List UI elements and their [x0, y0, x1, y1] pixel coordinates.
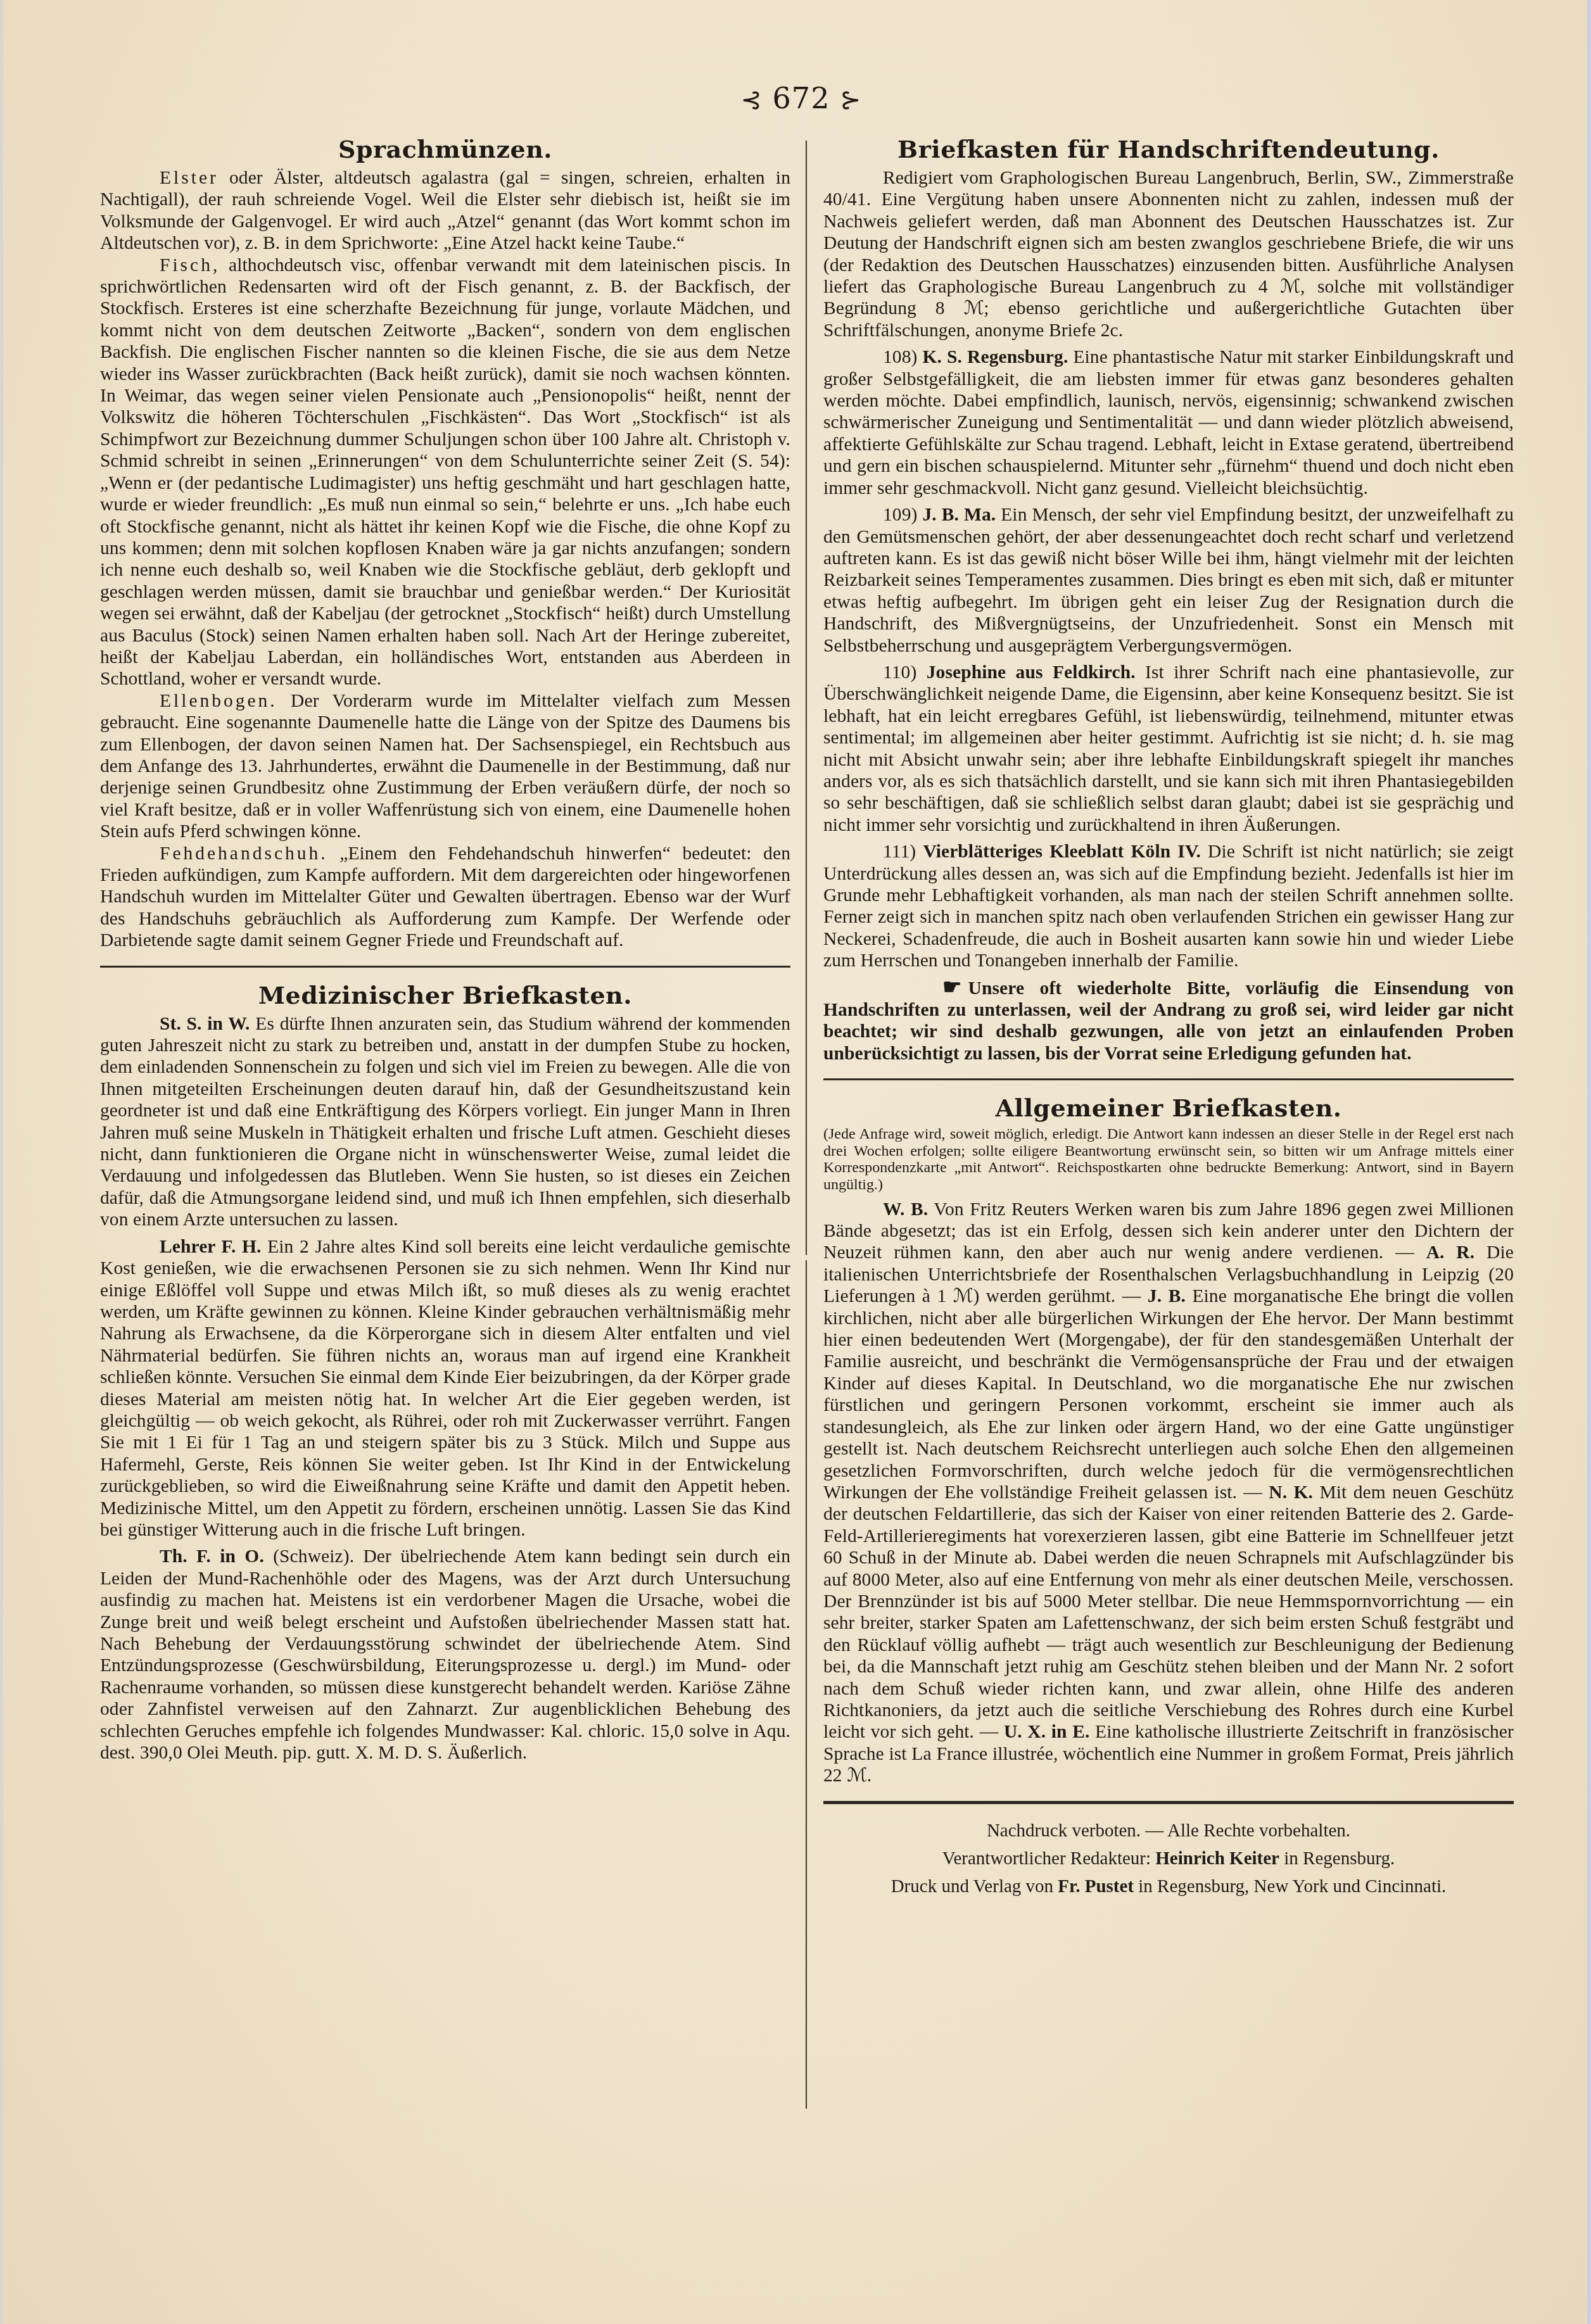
paragraph-fehdehandschuh: Fehdehandschuh. „Einem den Fehdehandschu…	[100, 843, 790, 952]
section-handschriftendeutung: Briefkasten für Handschriftendeutung. Re…	[823, 134, 1514, 1064]
editorial-notice: ☛Unsere oft wiederholte Bitte, vorläufig…	[823, 977, 1514, 1065]
entry-number: 108)	[883, 347, 917, 367]
entry-text: Ein 2 Jahre altes Kind soll bereits eine…	[100, 1237, 790, 1540]
column-divider	[806, 141, 807, 1255]
imprint-publisher: Druck und Verlag von Fr. Pustet in Regen…	[823, 1872, 1514, 1900]
scan-edge-right	[1587, 0, 1591, 2324]
paragraph-ellenbogen: Ellenbogen. Der Vorderarm wurde im Mitte…	[100, 690, 790, 843]
section-medizinischer-briefkasten: Medizinischer Briefkasten. St. S. in W. …	[100, 980, 790, 1764]
ornament-left-icon: ⊰	[740, 85, 763, 115]
right-column: Briefkasten für Handschriftendeutung. Re…	[823, 134, 1514, 1900]
analysis-entry: 111) Vierblätteriges Kleeblatt Köln IV. …	[823, 841, 1514, 971]
paragraph-fisch: Fisch, althochdeutsch visc, offenbar ver…	[100, 255, 790, 690]
section-title: Sprachmünzen.	[100, 134, 790, 165]
addressee: J. B.	[1148, 1286, 1186, 1306]
section-title: Medizinischer Briefkasten.	[100, 980, 790, 1011]
lead-word: Ellenbogen.	[160, 691, 277, 711]
page-number-value: 672	[773, 81, 830, 115]
addressee: U. X. in E.	[1004, 1722, 1090, 1742]
imprint-rights: Nachdruck verboten. — Alle Rechte vorbeh…	[823, 1817, 1514, 1845]
editor-prefix: Verantwortlicher Redakteur:	[942, 1848, 1156, 1869]
column-divider-lower	[806, 1260, 807, 2109]
lead-word: Fisch,	[160, 255, 220, 275]
publisher-name: Fr. Pustet	[1058, 1876, 1134, 1897]
section-allgemeiner-briefkasten: Allgemeiner Briefkasten. (Jede Anfrage w…	[823, 1093, 1514, 1786]
paragraph-text: Der Vorderarm wurde im Mittelalter vielf…	[100, 691, 790, 842]
paragraph-elster: Elster oder Älster, altdeutsch agalastra…	[100, 167, 790, 255]
addressee: W. B.	[883, 1199, 928, 1220]
publisher-suffix: in Regensburg, New York und Cincinnati.	[1134, 1876, 1446, 1897]
analysis-entry: 109) J. B. Ma. Ein Mensch, der sehr viel…	[823, 504, 1514, 657]
entry-name: J. B. Ma.	[922, 505, 996, 525]
imprint: Nachdruck verboten. — Alle Rechte vorbeh…	[823, 1817, 1514, 1900]
entry-text: Ist ihrer Schrift nach eine phantasievol…	[823, 662, 1514, 835]
entry-text: Der übelriechende Atem kann bedingt sein…	[100, 1546, 790, 1763]
lead-word: Elster	[160, 168, 219, 188]
entry-text: Ein Mensch, der sehr viel Empfindung bes…	[823, 505, 1514, 655]
entry-number: 110)	[883, 662, 916, 683]
analysis-entry: 108) K. S. Regensburg. Eine phantastisch…	[823, 346, 1514, 499]
letter-entry: St. S. in W. Es dürfte Ihnen anzuraten s…	[100, 1013, 790, 1231]
section-rule	[100, 966, 790, 968]
answer-text: Eine morganatische Ehe bringt die vollen…	[823, 1286, 1514, 1503]
entry-name: K. S. Regensburg.	[923, 347, 1068, 367]
entry-text: Es dürfte Ihnen anzuraten sein, das Stud…	[100, 1014, 790, 1230]
scan-edge-left	[0, 0, 3, 2324]
letter-entry: Th. F. in O. (Schweiz). Der übelriechend…	[100, 1546, 790, 1764]
section-title: Allgemeiner Briefkasten.	[823, 1093, 1514, 1123]
entry-number: 109)	[883, 505, 917, 525]
answer-text: Mit dem neuen Geschütz der deutschen Fel…	[823, 1482, 1514, 1742]
editor-name: Heinrich Keiter	[1155, 1848, 1279, 1869]
publisher-prefix: Druck und Verlag von	[891, 1876, 1058, 1897]
letter-entry: Lehrer F. H. Ein 2 Jahre altes Kind soll…	[100, 1236, 790, 1541]
paragraph-text: althochdeutsch visc, offenbar verwandt m…	[100, 255, 790, 690]
section-note: (Jede Anfrage wird, soweit möglich, erle…	[823, 1126, 1514, 1193]
section-intro: Redigiert vom Graphologischen Bureau Lan…	[823, 167, 1514, 341]
lead-word: Fehdehandschuh.	[160, 843, 328, 864]
section-sprachmuenzen: Sprachmünzen. Elster oder Älster, altdeu…	[100, 134, 790, 952]
entry-number: 111)	[883, 842, 916, 862]
pointing-hand-icon: ☛	[883, 977, 962, 999]
addressee: A. R.	[1426, 1242, 1475, 1263]
page-number: ⊰ 672 ⊱	[716, 81, 887, 115]
section-rule	[823, 1078, 1514, 1080]
addressee-suffix: (Schweiz).	[264, 1546, 354, 1567]
addressee: St. S. in W.	[160, 1014, 250, 1034]
entry-text: Eine phantastische Natur mit starker Ein…	[823, 347, 1514, 498]
section-title: Briefkasten für Handschriftendeutung.	[823, 134, 1514, 165]
ornament-right-icon: ⊱	[840, 85, 862, 115]
answers-block: W. B. Von Fritz Reuters Werken waren bis…	[823, 1199, 1514, 1787]
entry-name: Vierblätteriges Kleeblatt Köln IV.	[923, 842, 1201, 862]
imprint-editor: Verantwortlicher Redakteur: Heinrich Kei…	[823, 1845, 1514, 1872]
addressee: N. K.	[1269, 1482, 1313, 1503]
analysis-entry: 110) Josephine aus Feldkirch. Ist ihrer …	[823, 662, 1514, 836]
left-column: Sprachmünzen. Elster oder Älster, altdeu…	[100, 134, 790, 1764]
entry-name: Josephine aus Feldkirch.	[927, 662, 1136, 683]
addressee: Lehrer F. H.	[160, 1237, 262, 1257]
editor-suffix: in Regensburg.	[1279, 1848, 1395, 1869]
addressee: Th. F. in O.	[160, 1546, 264, 1567]
imprint-rule	[823, 1801, 1514, 1804]
